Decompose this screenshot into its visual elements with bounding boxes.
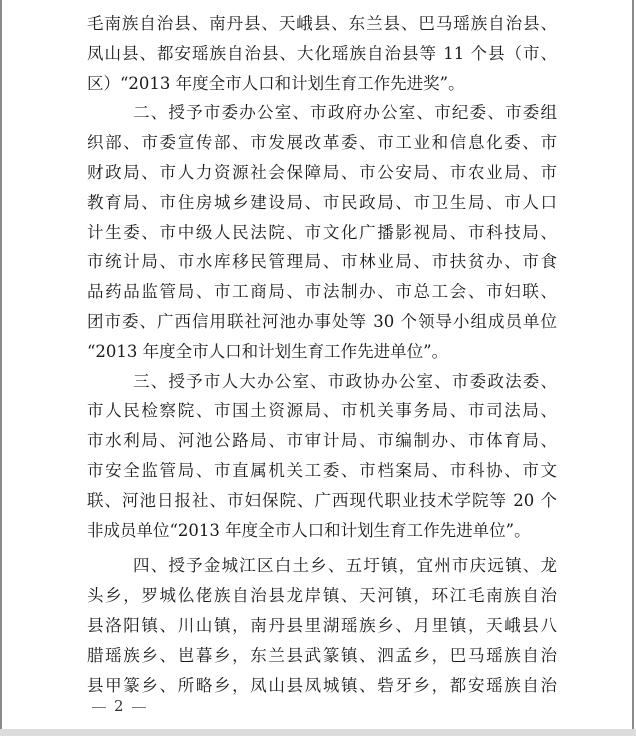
text-line: 计生委、市中级人民法院、市文化广播影视局、市科技局、 [87,218,557,248]
text-line: 财政局、市人力资源社会保障局、市公安局、市农业局、市 [87,158,557,188]
document-body: 毛南族自治县、南丹县、天峨县、东兰县、巴马瑶族自治县、 凤山县、都安瑶族自治县、… [87,9,557,700]
text-line: 毛南族自治县、南丹县、天峨县、东兰县、巴马瑶族自治县、 [87,9,557,39]
text-line: 市安全监管局、市直属机关工委、市档案局、市科协、市文 [87,456,557,486]
dash-right [132,707,146,708]
text-line: 县洛阳镇、川山镇，南丹县里湖瑶族乡、月里镇，天峨县八 [87,611,557,641]
page-gap [0,729,636,736]
paragraph-4-start: 四、授予金城江区白土乡、五圩镇，宜州市庆远镇、龙 [87,551,557,581]
text-line: 团市委、广西信用联社河池办事处等 30 个领导小组成员单位 [87,307,557,337]
text-line: 腊瑶族乡、岜暮乡，东兰县武篆镇、泗孟乡，巴马瑶族自治 [87,641,557,671]
text-line: 县甲篆乡、所略乡，凤山县凤城镇、砦牙乡，都安瑶族自治 [87,671,557,701]
text-line: 非成员单位“2013 年度全市人口和计划生育工作先进单位”。 [87,516,557,546]
text-line: “2013 年度全市人口和计划生育工作先进单位”。 [87,337,557,367]
dash-left [92,707,106,708]
text-line: 品药品监管局、市工商局、市法制办、市总工会、市妇联、 [87,277,557,307]
text-line: 联、河池日报社、市妇保院、广西现代职业技术学院等 20 个 [87,486,557,516]
document-page: 毛南族自治县、南丹县、天峨县、东兰县、巴马瑶族自治县、 凤山县、都安瑶族自治县、… [0,0,634,729]
text-line: 头乡，罗城仫佬族自治县龙岸镇、天河镇，环江毛南族自治 [87,581,557,611]
text-line: 市统计局、市水库移民管理局、市林业局、市扶贫办、市食 [87,247,557,277]
paragraph-2-start: 二、授予市委办公室、市政府办公室、市纪委、市委组 [87,98,557,128]
text-line: 凤山县、都安瑶族自治县、大化瑶族自治县等 11 个县（市、 [87,39,557,69]
paragraph-3-start: 三、授予市人大办公室、市政协办公室、市委政法委、 [87,367,557,397]
text-line: 市水利局、河池公路局、市审计局、市编制办、市体育局、 [87,426,557,456]
text-line: 教育局、市住房城乡建设局、市民政局、市卫生局、市人口 [87,188,557,218]
text-line: 织部、市委宣传部、市发展改革委、市工业和信息化委、市 [87,128,557,158]
page-footer: 2 [84,697,154,715]
text-line: 区）“2013 年度全市人口和计划生育工作先进奖”。 [87,69,557,99]
text-line: 市人民检察院、市国土资源局、市机关事务局、市司法局、 [87,396,557,426]
page-number: 2 [114,697,124,715]
